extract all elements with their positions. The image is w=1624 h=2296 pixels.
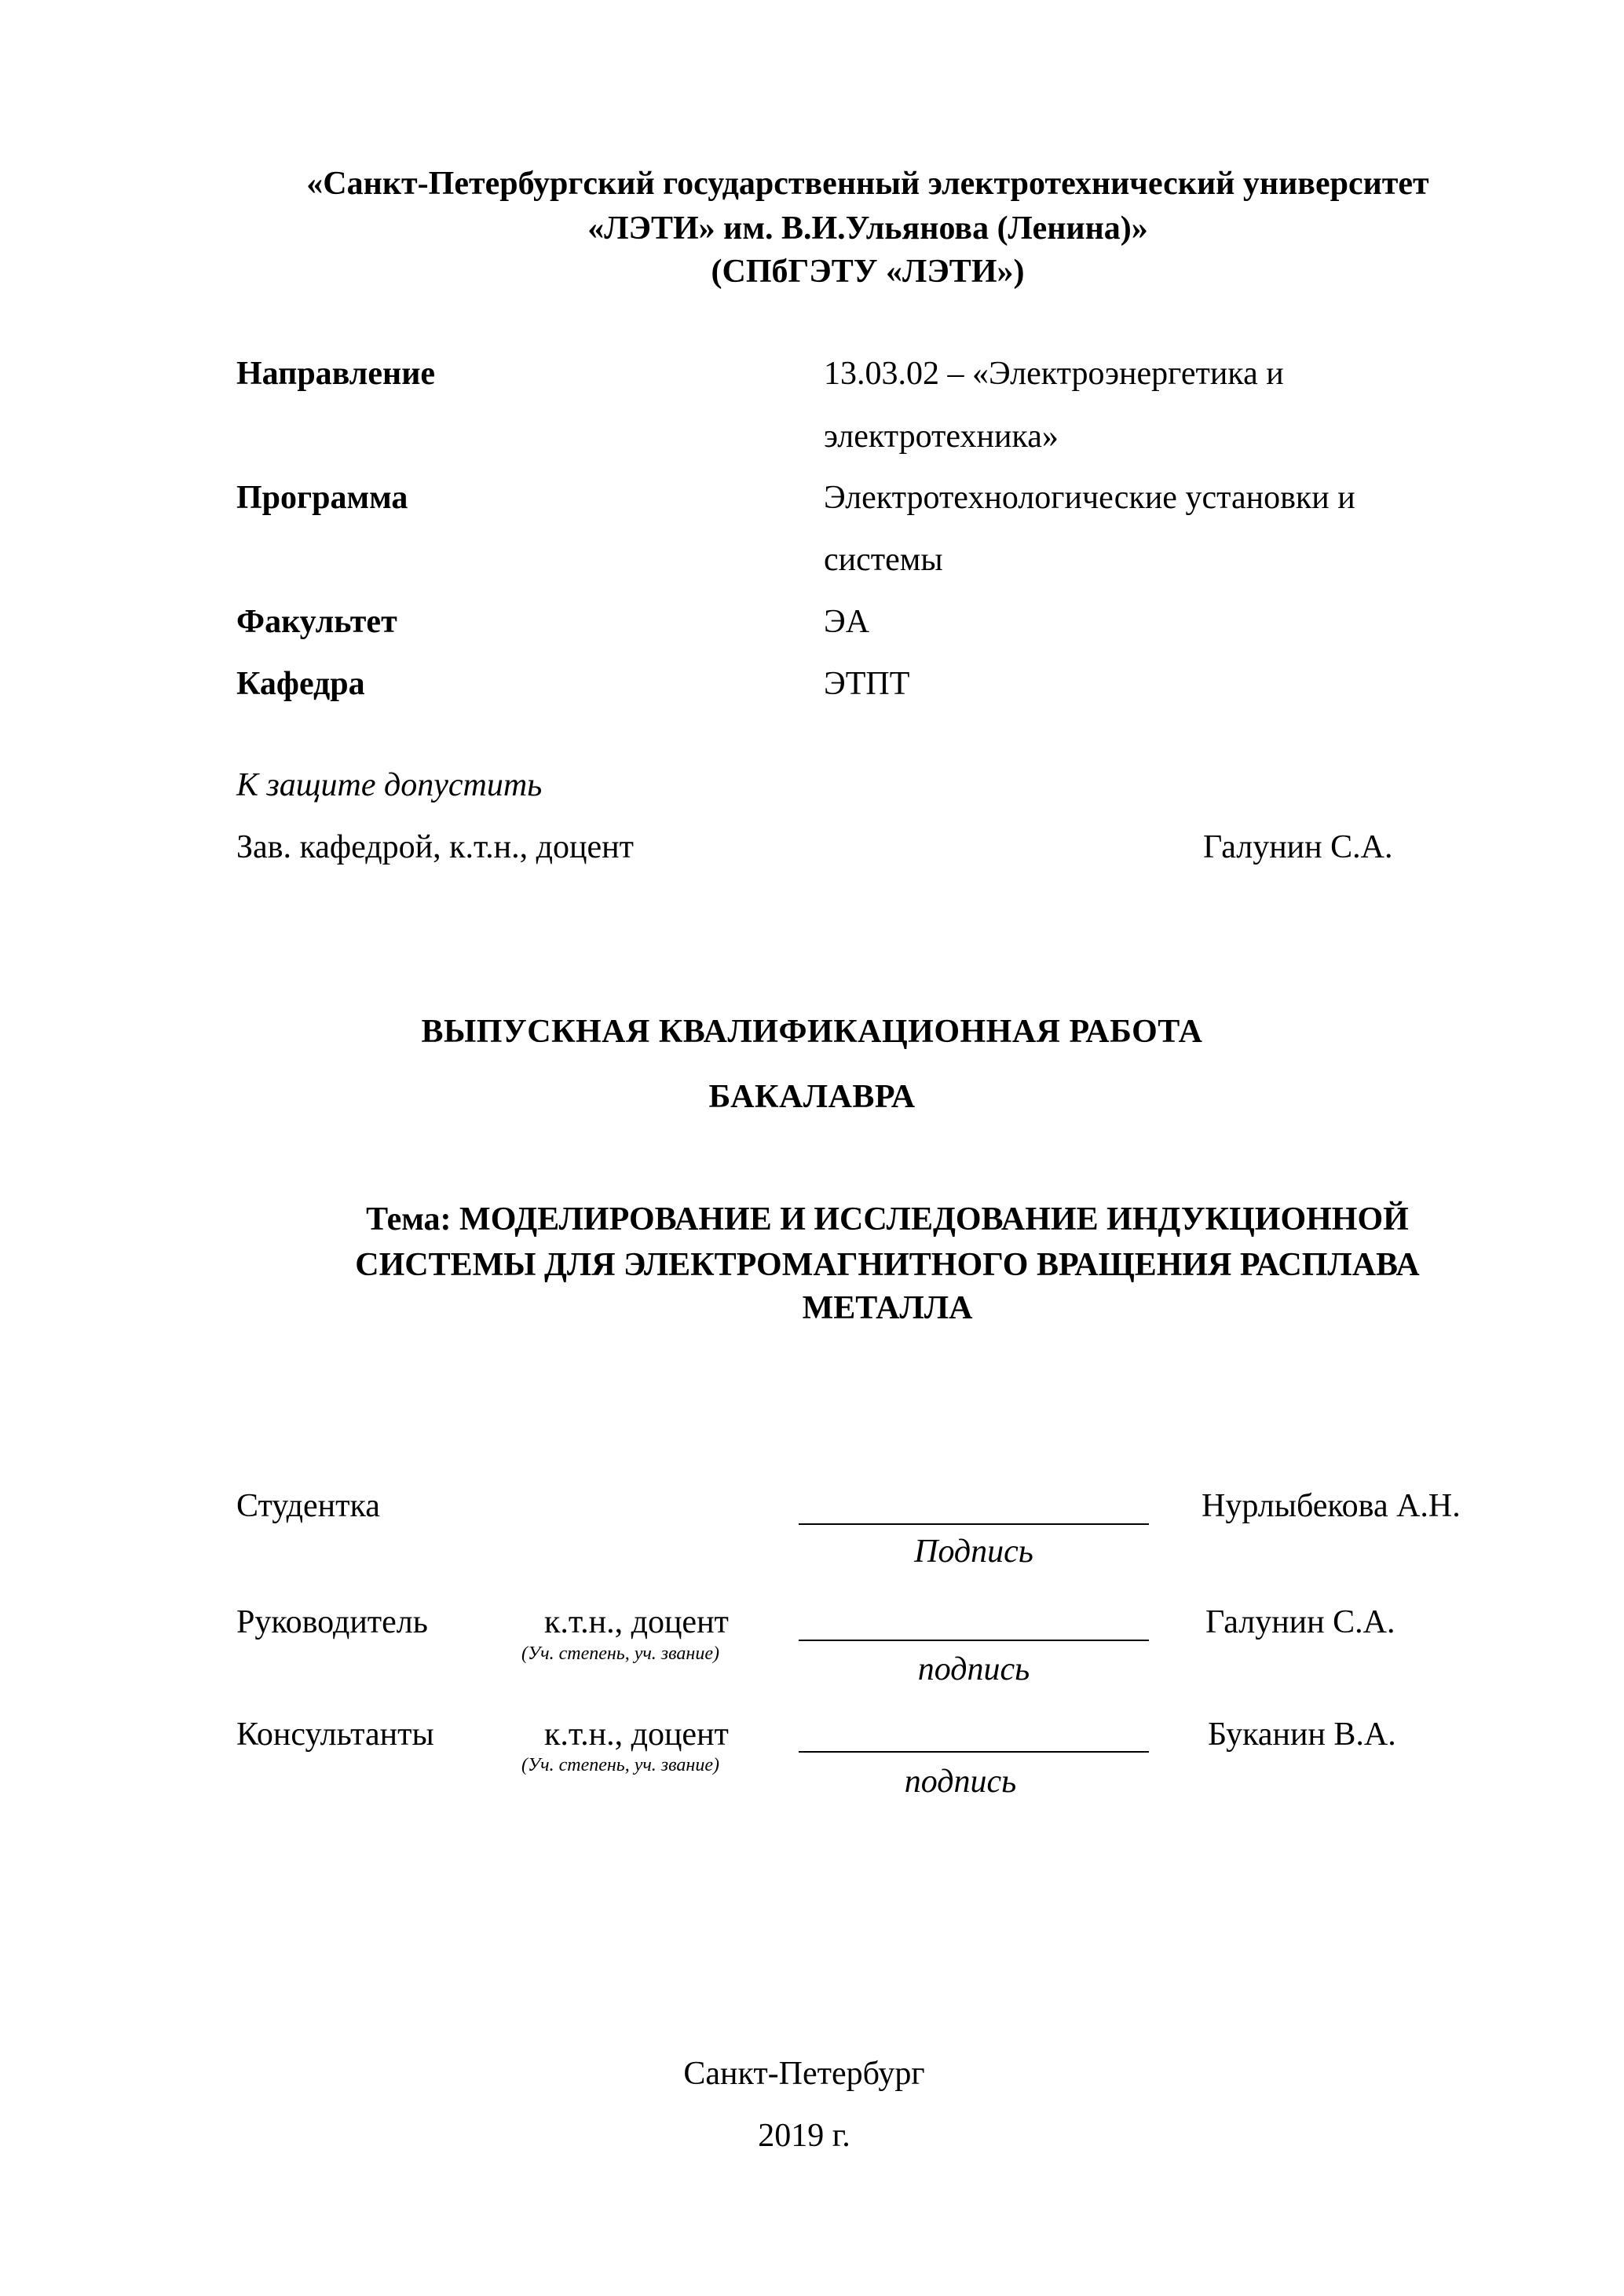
theme-prefix: Тема: xyxy=(366,1201,451,1238)
department-value: ЭТПТ xyxy=(824,667,909,700)
role-label: Руководитель xyxy=(236,1606,428,1639)
program-label: Программа xyxy=(236,481,408,514)
signature-caption: подпись xyxy=(799,1653,1149,1686)
signature-caption: Подпись xyxy=(799,1535,1149,1568)
direction-value-line2: электротехника» xyxy=(824,420,1059,453)
work-title-line2: БАКАЛАВРА xyxy=(0,1080,1624,1113)
role-label: Консультанты xyxy=(236,1718,434,1751)
degree-hint: (Уч. степень, уч. звание) xyxy=(521,1644,719,1663)
degree-label: к.т.н., доцент xyxy=(544,1718,729,1751)
university-name-line2: «ЛЭТИ» им. В.И.Ульянова (Ленина)» xyxy=(185,212,1551,245)
theme-line2: СИСТЕМЫ ДЛЯ ЭЛЕКТРОМАГНИТНОГО ВРАЩЕНИЯ Р… xyxy=(220,1249,1555,1281)
signature-line xyxy=(799,1523,1149,1525)
university-name-line1: «Санкт-Петербургский государственный эле… xyxy=(185,167,1551,200)
degree-hint: (Уч. степень, уч. звание) xyxy=(521,1756,719,1775)
work-title-line1: ВЫПУСКНАЯ КВАЛИФИКАЦИОННАЯ РАБОТА xyxy=(0,1015,1624,1048)
signature-line xyxy=(799,1751,1149,1753)
theme-line3: МЕТАЛЛА xyxy=(220,1292,1555,1325)
department-label: Кафедра xyxy=(236,667,365,700)
signatory-name: Галунин С.А. xyxy=(1205,1606,1395,1639)
theme-text-line1: МОДЕЛИРОВАНИЕ И ИССЛЕДОВАНИЕ ИНДУКЦИОННО… xyxy=(459,1201,1409,1238)
signatory-name: Нурлыбекова А.Н. xyxy=(1202,1490,1461,1523)
city: Санкт-Петербург xyxy=(0,2057,1616,2090)
approval-caption: К защите допустить xyxy=(236,769,542,802)
approval-position: Зав. кафедрой, к.т.н., доцент xyxy=(236,831,634,864)
direction-label: Направление xyxy=(236,357,435,390)
faculty-value: ЭА xyxy=(824,605,869,638)
faculty-label: Факультет xyxy=(236,605,397,638)
year: 2019 г. xyxy=(0,2119,1616,2152)
program-value-line2: системы xyxy=(824,543,943,576)
role-label: Студентка xyxy=(236,1490,380,1523)
signature-line xyxy=(799,1640,1149,1641)
approval-name: Галунин С.А. xyxy=(1203,831,1392,864)
program-value-line1: Электротехнологические установки и xyxy=(824,481,1355,514)
signatory-name: Буканин В.А. xyxy=(1208,1718,1396,1751)
degree-label: к.т.н., доцент xyxy=(544,1606,729,1639)
signature-caption: подпись xyxy=(785,1765,1136,1798)
university-abbreviation: (СПбГЭТУ «ЛЭТИ») xyxy=(185,255,1551,288)
theme-line1: Тема: МОДЕЛИРОВАНИЕ И ИССЛЕДОВАНИЕ ИНДУК… xyxy=(220,1203,1555,1236)
direction-value-line1: 13.03.02 – «Электроэнергетика и xyxy=(824,357,1284,390)
